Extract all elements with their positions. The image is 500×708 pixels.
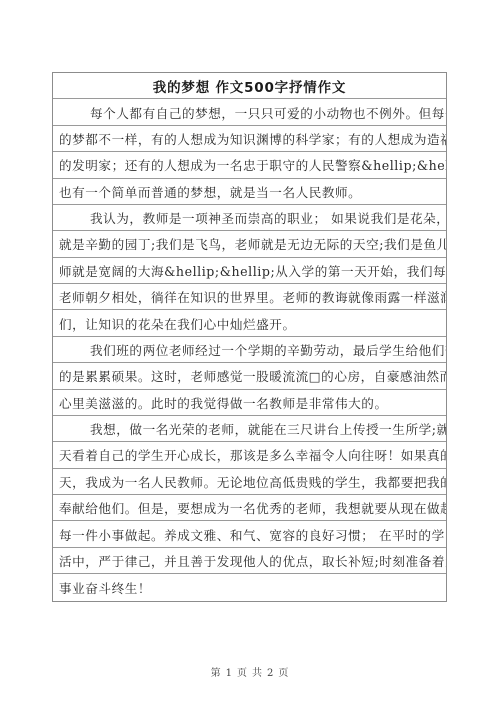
text-line: 心里美滋滋的。此时的我觉得做一名教师是非常伟大的。 xyxy=(53,390,446,416)
text-line: 天看着自己的学生开心成长，那该是多么幸福令人向往呀！如果真的有一 xyxy=(53,442,446,468)
text-line: 事业奋斗终生！ xyxy=(53,574,446,600)
total-prefix: 共 xyxy=(252,668,263,679)
page-word: 页 xyxy=(237,668,248,679)
text-line: 的发明家；还有的人想成为一名忠于职守的人民警察&hellip;&hellip;我 xyxy=(53,152,446,178)
text-line: 的梦都不一样，有的人想成为知识渊博的科学家；有的人想成为造福人类 xyxy=(53,126,446,152)
text-line: 老师朝夕相处，徜徉在知识的世界里。老师的教诲就像雨露一样滋润着我 xyxy=(53,284,446,310)
text-line: 我想，做一名光荣的老师，就能在三尺讲台上传授一生所学;就能天 xyxy=(53,416,446,442)
text-line: 每一件小事做起。养成文雅、和气、宽容的良好习惯； 在平时的学习和生 xyxy=(53,521,446,547)
text-line: 活中，严于律己，并且善于发现他人的优点，取长补短;时刻准备着为教育 xyxy=(53,548,446,574)
text-line: 的是累累硕果。这时，老师感觉一股暖流流□的心房，自豪感油然而生， xyxy=(53,363,446,389)
essay-table: 我的梦想 作文500字抒情作文 每个人都有自己的梦想，一只只可爱的小动物也不例外… xyxy=(52,72,447,602)
total-pages-number: 2 xyxy=(267,668,274,679)
page-indicator: 第1页共2页 xyxy=(0,664,500,679)
text-line: 天，我成为一名人民教师。无论地位高低贵贱的学生，我都要把我的价值 xyxy=(53,469,446,495)
text-line: 们，让知识的花朵在我们心中灿烂盛开。 xyxy=(53,310,446,336)
text-line: 也有一个简单而普通的梦想，就是当一名人民教师。 xyxy=(53,179,446,205)
document-title: 我的梦想 作文500字抒情作文 xyxy=(53,73,446,99)
current-page-number: 1 xyxy=(226,668,233,679)
text-line: 就是辛勤的园丁;我们是飞鸟，老师就是无边无际的天空;我们是鱼儿，老 xyxy=(53,231,446,257)
text-line: 师就是宽阔的大海&hellip;&hellip;从入学的第一天开始，我们每天都和 xyxy=(53,258,446,284)
text-line: 我们班的两位老师经过一个学期的辛勤劳动，最后学生给他们带来 xyxy=(53,337,446,363)
text-line: 每个人都有自己的梦想，一只只可爱的小动物也不例外。但每个人 xyxy=(53,99,446,125)
text-line: 我认为，教师是一项神圣而崇高的职业； 如果说我们是花朵，老师 xyxy=(53,205,446,231)
text-line: 奉献给他们。但是，要想成为一名优秀的老师，我想就要从现在做起，从 xyxy=(53,495,446,521)
page-prefix: 第 xyxy=(211,668,222,679)
page-suffix: 页 xyxy=(278,668,289,679)
